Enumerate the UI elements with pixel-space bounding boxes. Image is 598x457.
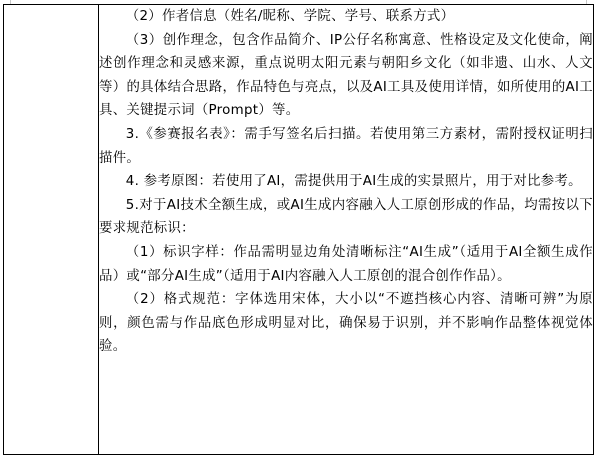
requirements-table: （2）作者信息（姓名/昵称、学院、学号、联系方式） （3）创作理念，包含作品简介… bbox=[3, 4, 594, 455]
paragraph-format-spec: （2）格式规范：字体选用宋体，大小以“不遮挡核心内容、清晰可辨”为原则，颜色需与… bbox=[99, 288, 593, 359]
content-cell: （2）作者信息（姓名/昵称、学院、学号、联系方式） （3）创作理念，包含作品简介… bbox=[99, 5, 594, 455]
paragraph-reference-image: 4. 参考原图：若使用了AI，需提供用于AI生成的实景照片，用于对比参考。 bbox=[99, 170, 593, 194]
paragraph-creative-concept: （3）创作理念，包含作品简介、IP公仔名称寓意、性格设定及文化使命，阐述创作理念… bbox=[99, 29, 593, 123]
label-cell-empty bbox=[4, 5, 99, 455]
table-row: （2）作者信息（姓名/昵称、学院、学号、联系方式） （3）创作理念，包含作品简介… bbox=[4, 5, 594, 455]
paragraph-label-wording: （1）标识字样：作品需明显边角处清晰标注“AI生成”（适用于AI全额生成作品）或… bbox=[99, 241, 593, 288]
paragraph-registration-form: 3.《参赛报名表》：需手写签名后扫描。若使用第三方素材，需附授权证明扫描件。 bbox=[99, 123, 593, 170]
paragraph-author-info: （2）作者信息（姓名/昵称、学院、学号、联系方式） bbox=[99, 5, 593, 29]
paragraph-ai-labeling: 5.对于AI技术全额生成，或AI生成内容融入人工原创形成的作品，均需按以下要求规… bbox=[99, 194, 593, 241]
